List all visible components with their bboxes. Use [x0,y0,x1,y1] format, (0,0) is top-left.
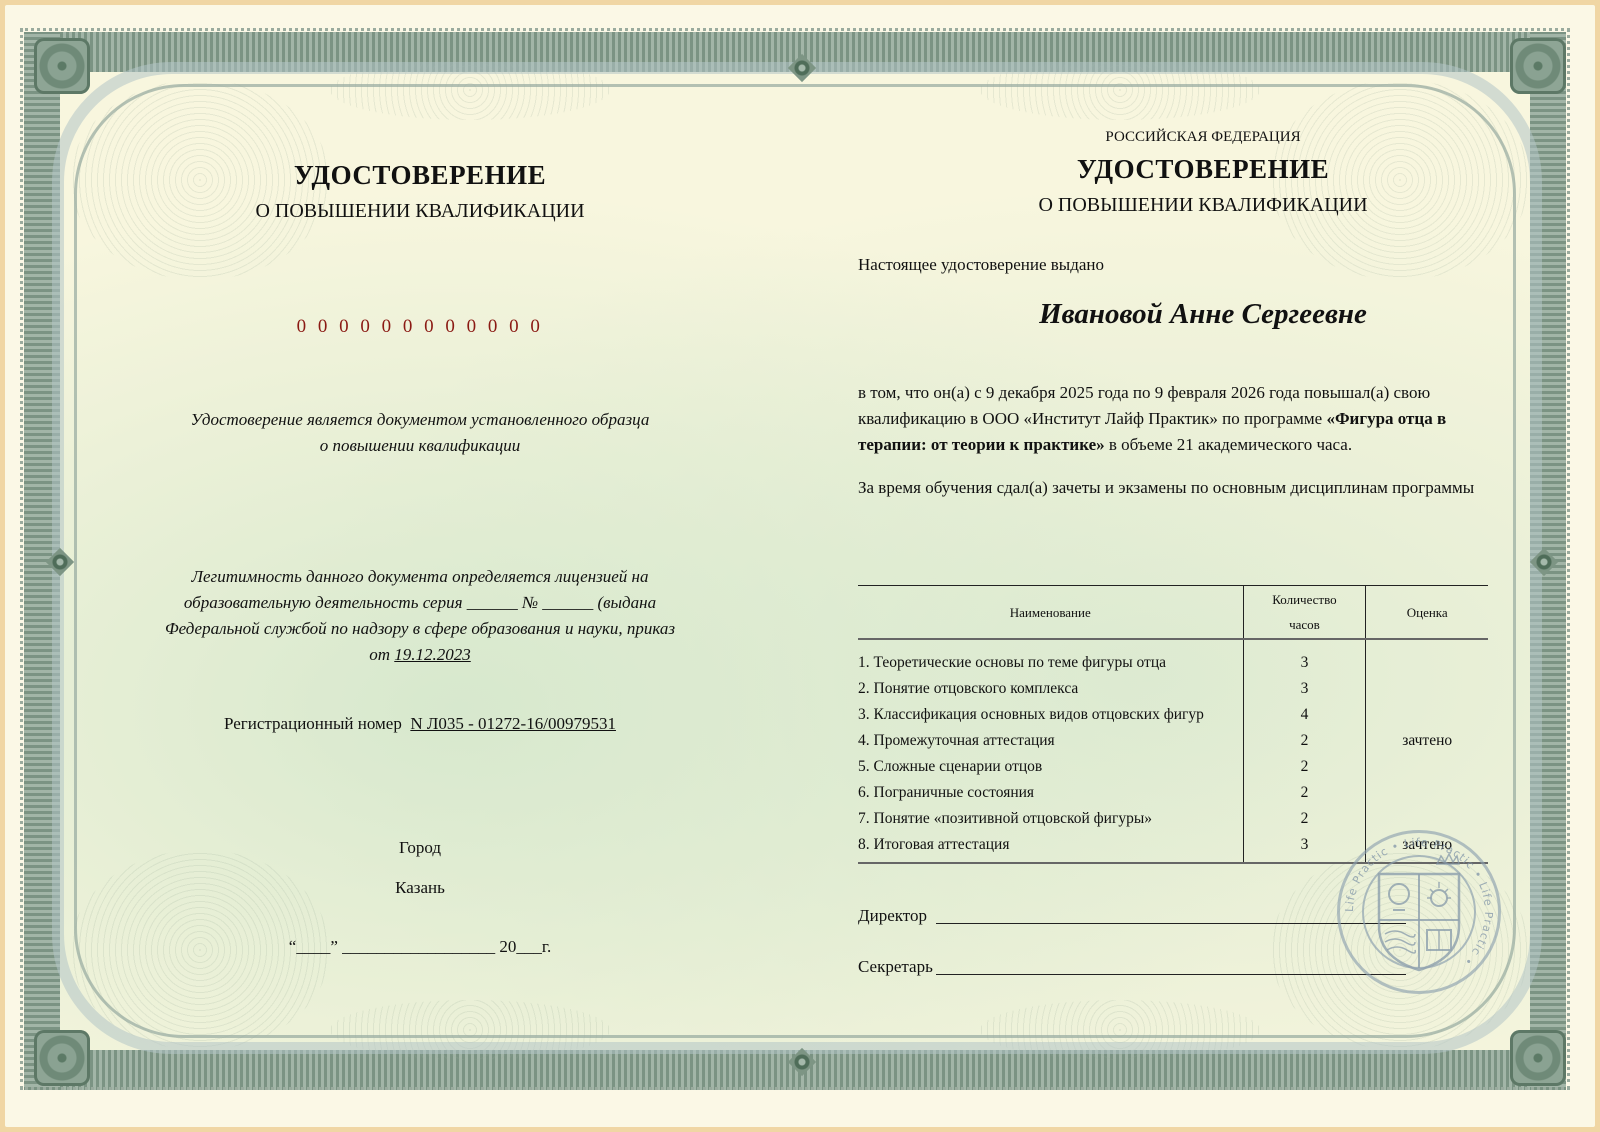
table-header-row: Наименование Количество часов Оценка [858,586,1488,640]
table-row: 4. Промежуточная аттестация2зачтено [858,728,1488,754]
subject-name: 7. Понятие «позитивной отцовской фигуры» [858,806,1243,832]
header-hours: Количество часов [1243,586,1366,640]
header-hours-line-2: часов [1289,617,1320,632]
subject-name: 3. Классификация основных видов отцовски… [858,702,1243,728]
subject-name: 8. Итоговая аттестация [858,832,1243,863]
table-row: 3. Классификация основных видов отцовски… [858,702,1488,728]
stamp-emblem-icon: Life Practic • Life Practic • Life Pract… [1337,830,1501,994]
subject-grade [1366,650,1488,676]
subject-hours: 3 [1243,650,1366,676]
right-subtitle: О ПОВЫШЕНИИ КВАЛИФИКАЦИИ [900,194,1506,217]
subject-grade: зачтено [1366,728,1488,754]
corner-ornament-top-right [1510,38,1566,94]
subject-name: 2. Понятие отцовского комплекса [858,676,1243,702]
table-row: 7. Понятие «позитивной отцовской фигуры»… [858,806,1488,832]
secretary-label: Секретарь [858,957,933,977]
subject-name: 1. Теоретические основы по теме фигуры о… [858,650,1243,676]
subject-hours: 2 [1243,780,1366,806]
corner-ornament-top-left [34,38,90,94]
statement-line-1: Удостоверение является документом устано… [130,407,710,433]
recipient-name: Ивановой Анне Сергеевне [858,298,1548,331]
table-row: 5. Сложные сценарии отцов2 [858,754,1488,780]
registration-row: Регистрационный номер N Л035 - 01272-16/… [130,714,710,734]
header-name: Наименование [858,586,1243,640]
director-label: Директор [858,906,927,926]
legitimacy-line-4: от 19.12.2023 [130,642,710,668]
subject-grade [1366,806,1488,832]
subject-hours: 3 [1243,676,1366,702]
legitimacy-line-1: Легитимность данного документа определяе… [130,564,710,590]
body-text-part-2: в объеме 21 академического часа. [1105,435,1352,454]
statement-line-2: о повышении квалификации [130,433,710,459]
subject-hours: 2 [1243,754,1366,780]
registration-label: Регистрационный номер [224,714,402,733]
header-hours-line-1: Количество [1272,592,1336,607]
registration-number: N Л035 - 01272-16/00979531 [410,714,616,733]
subject-grade [1366,676,1488,702]
legitimacy-line-2: образовательную деятельность серия _____… [130,590,710,616]
subject-hours: 2 [1243,806,1366,832]
header-grade: Оценка [1366,586,1488,640]
subject-grade [1366,702,1488,728]
institution-stamp: Life Practic • Life Practic • Life Pract… [1337,830,1501,994]
country-label: РОССИЙСКАЯ ФЕДЕРАЦИЯ [900,129,1506,146]
serial-number: 0 0 0 0 0 0 0 0 0 0 0 0 [130,316,710,338]
subject-grade [1366,780,1488,806]
table-row: 1. Теоретические основы по теме фигуры о… [858,650,1488,676]
legitimacy-line-3: Федеральной службой по надзору в сфере о… [130,616,710,642]
left-title: УДОСТОВЕРЕНИЕ [130,160,710,191]
subject-name: 4. Промежуточная аттестация [858,728,1243,754]
secretary-signature-line [936,973,1406,975]
subject-name: 5. Сложные сценарии отцов [858,754,1243,780]
issue-date-line: “____” __________________ 20___г. [130,937,710,957]
exams-paragraph: За время обучения сдал(а) зачеты и экзам… [858,475,1483,501]
body-paragraph: в том, что он(а) с 9 декабря 2025 года п… [858,380,1483,458]
subject-hours: 4 [1243,702,1366,728]
director-signature-line [936,922,1406,924]
subject-name: 6. Пограничные состояния [858,780,1243,806]
subject-hours: 2 [1243,728,1366,754]
city-label: Город [130,838,710,858]
table-row: 2. Понятие отцовского комплекса3 [858,676,1488,702]
left-subtitle: О ПОВЫШЕНИИ КВАЛИФИКАЦИИ [130,200,710,223]
table-spacer-row [858,639,1488,650]
subjects-table: Наименование Количество часов Оценка 1. … [858,585,1488,864]
legitimacy-prefix: от [369,645,390,664]
issued-to-label: Настоящее удостоверение выдано [858,255,1104,275]
city-value: Казань [130,878,710,898]
legitimacy-date: 19.12.2023 [394,645,471,664]
corner-ornament-bottom-left [34,1030,90,1086]
corner-ornament-bottom-right [1510,1030,1566,1086]
right-title: УДОСТОВЕРЕНИЕ [900,154,1506,185]
table-row: 6. Пограничные состояния2 [858,780,1488,806]
subject-grade [1366,754,1488,780]
